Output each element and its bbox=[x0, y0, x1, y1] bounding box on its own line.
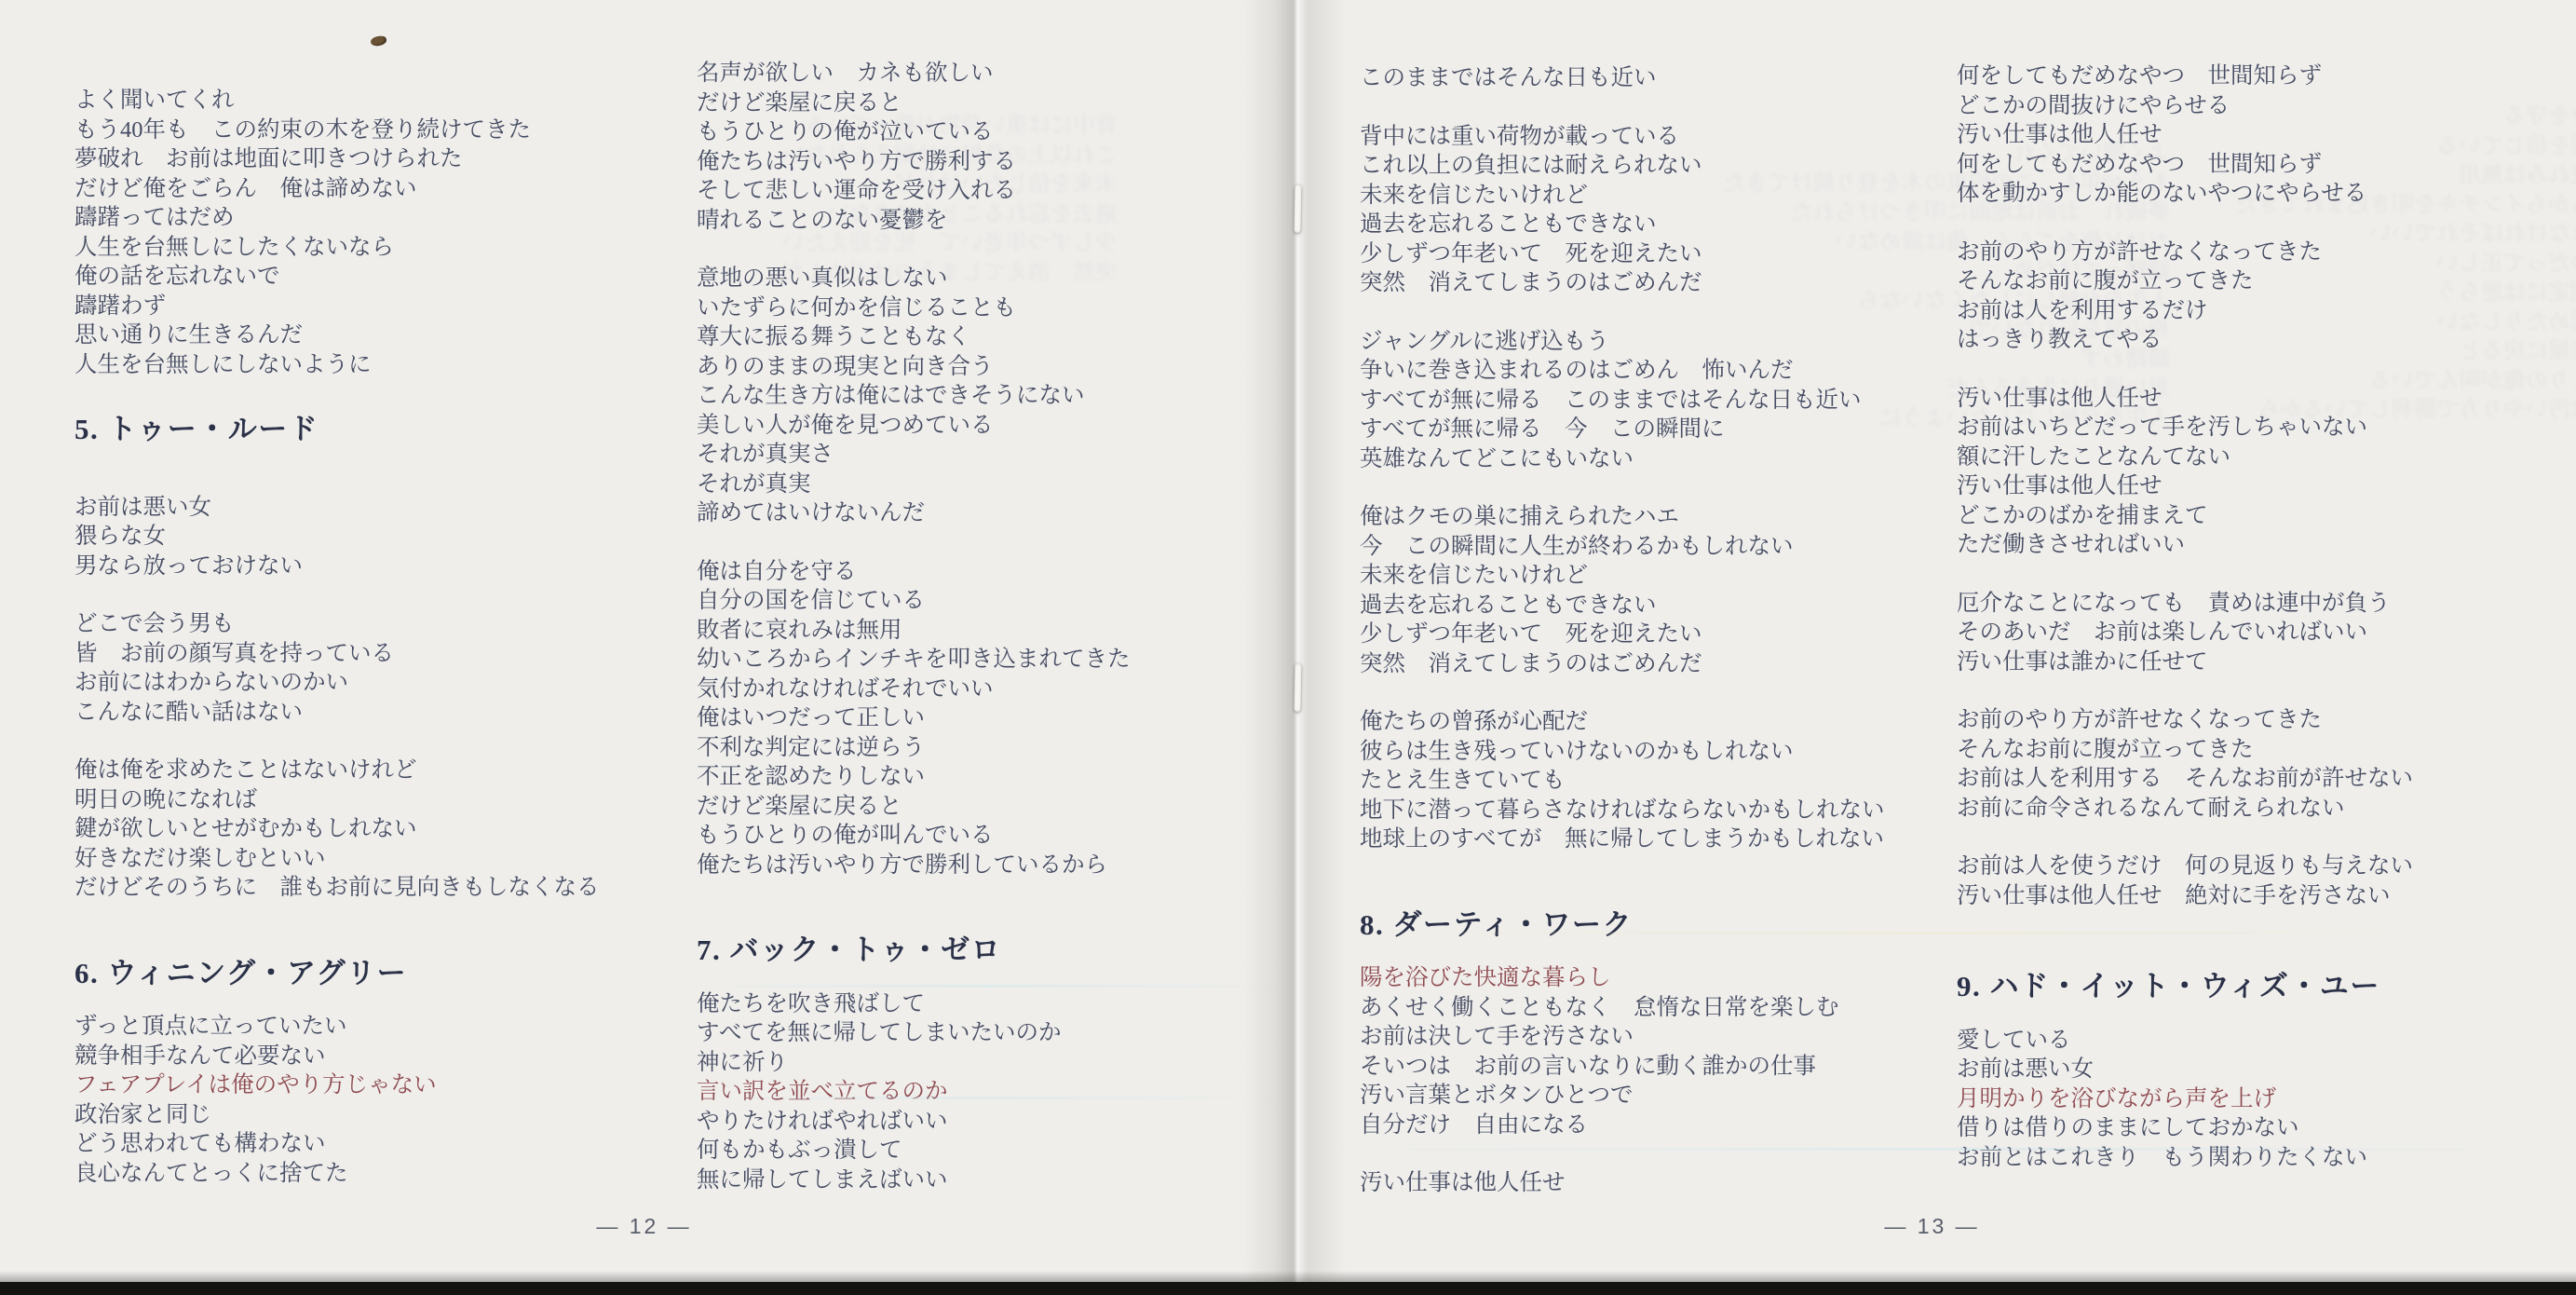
lyrics-line: もうひとりの俺が泣いている bbox=[697, 117, 1131, 147]
song-title-heading: 7. バック・トゥ・ゼロ bbox=[697, 935, 1131, 965]
lyrics-line: 男なら放っておけない bbox=[75, 552, 600, 581]
lyrics-line: どこかの間抜けにやらせる bbox=[1957, 91, 2413, 121]
lyrics-stanza: 意地の悪い真似はしないいたずらに何かを信じることも尊大に振る舞うこともなくありの… bbox=[697, 264, 1131, 528]
lyrics-line: 言い訳を並べ立てるのか bbox=[697, 1077, 1131, 1107]
lyrics-line: お前は決して手を汚さない bbox=[1360, 1022, 1885, 1052]
lyrics-line: 彼らは生き残っていけないのかもしれない bbox=[1360, 737, 1885, 767]
lyrics-line: 自分の国を信じている bbox=[697, 586, 1131, 616]
lyrics-line: お前に命令されるなんて耐えられない bbox=[1957, 794, 2413, 824]
lyrics-line: 未来を信じたいけれど bbox=[1360, 181, 1885, 211]
lyrics-line: 背中には重い荷物が載っている bbox=[1360, 122, 1885, 152]
lyrics-line: 英雄なんてどこにもいない bbox=[1360, 444, 1885, 474]
page-number-right: — 13 — bbox=[1288, 1214, 2576, 1239]
lyrics-stanza: どこで会う男も皆 お前の顔写真を持っているお前にはわからないのかいこんなに酷い話… bbox=[75, 609, 600, 727]
lyrics-line: 少しずつ年老いて 死を迎えたい bbox=[1360, 620, 1885, 649]
lyrics-line: いたずらに何かを信じることも bbox=[697, 293, 1131, 323]
lyrics-line: このままではそんな日も近い bbox=[1360, 63, 1885, 93]
lyrics-line: こんな生き方は俺にはできそうにない bbox=[697, 381, 1131, 411]
lyrics-stanza: 汚い仕事は他人任せお前はいちどだって手を汚しちゃいない額に汗したことなんてない汚… bbox=[1957, 384, 2413, 560]
song-title-heading: 5. トゥー・ルード bbox=[75, 415, 600, 444]
lyrics-line: 愛している bbox=[1957, 1026, 2413, 1056]
lyrics-line: お前は悪い女 bbox=[75, 493, 600, 523]
lyrics-line: ただ働きさせればいい bbox=[1957, 530, 2413, 560]
page-number-left: — 12 — bbox=[0, 1214, 1288, 1239]
lyrics-line: 陽を浴びた快適な暮らし bbox=[1360, 963, 1885, 993]
lyrics-column-left-outer: よく聞いてくれもう40年も この約束の木を登り続けてきた夢破れ お前は地面に叩き… bbox=[75, 86, 600, 1188]
lyrics-line: 人生を台無しにしないように bbox=[75, 350, 600, 380]
stitch-thread bbox=[1295, 184, 1302, 233]
lyrics-stanza: このままではそんな日も近い bbox=[1360, 63, 1885, 93]
lyrics-line: 汚い言葉とボタンひとつで bbox=[1360, 1081, 1885, 1111]
lyrics-line: 少しずつ年老いて 死を迎えたい bbox=[1360, 239, 1885, 269]
lyrics-line: 汚い仕事は他人任せ bbox=[1957, 471, 2413, 501]
lyrics-line: 俺はクモの巣に捕えられたハエ bbox=[1360, 502, 1885, 532]
lyrics-line: 何もかもぶっ潰して bbox=[697, 1136, 1131, 1165]
lyrics-line: 俺は自分を守る bbox=[697, 557, 1131, 587]
lyrics-line: たとえ生きていても bbox=[1360, 766, 1885, 796]
lyrics-line: 俺たちを吹き飛ばして bbox=[697, 989, 1131, 1019]
lyrics-line: やりたければやればいい bbox=[697, 1107, 1131, 1137]
lyrics-line: だけど楽屋に戻ると bbox=[697, 89, 1131, 118]
lyrics-line: 明日の晩になれば bbox=[75, 785, 600, 815]
booklet-scan: よく聞いてくれもう40年も この約束の木を登り続けてきた夢破れ お前は地面に叩き… bbox=[0, 0, 2576, 1295]
lyrics-line: 体を動かすしか能のないやつにやらせる bbox=[1957, 179, 2413, 209]
lyrics-stanza: 俺は自分を守る自分の国を信じている敗者に哀れみは無用幼いころからインチキを叩き込… bbox=[697, 557, 1131, 880]
lyrics-stanza: ジャングルに逃げ込もう争いに巻き込まれるのはごめん 怖いんだすべてが無に帰る こ… bbox=[1360, 327, 1885, 474]
lyrics-line: お前は人を利用する そんなお前が許せない bbox=[1957, 764, 2413, 794]
lyrics-stanza: お前は悪い女猥らな女男なら放っておけない bbox=[75, 493, 600, 581]
lyrics-line: 地下に潜って暮らさなければならないかもしれない bbox=[1360, 796, 1885, 825]
lyrics-line: これ以上の負担には耐えられない bbox=[1360, 151, 1885, 181]
lyrics-line: 地球上のすべてが 無に帰してしまうかもしれない bbox=[1360, 825, 1885, 854]
lyrics-line: 何をしてもだめなやつ 世間知らず bbox=[1957, 61, 2413, 91]
lyrics-line: お前は悪い女 bbox=[1957, 1055, 2413, 1084]
lyrics-line: 皆 お前の顔写真を持っている bbox=[75, 639, 600, 669]
lyrics-line: そのあいだ お前は楽しんでいればいい bbox=[1957, 618, 2413, 647]
lyrics-line: もうひとりの俺が叫んでいる bbox=[697, 821, 1131, 851]
stitch-thread bbox=[1295, 663, 1302, 712]
lyrics-stanza: 厄介なことになっても 責めは連中が負うそのあいだ お前は楽しんでいればいい汚い仕… bbox=[1957, 589, 2413, 677]
lyrics-line: あくせく働くこともなく 怠惰な日常を楽しむ bbox=[1360, 993, 1885, 1023]
lyrics-line: 月明かりを浴びながら声を上げ bbox=[1957, 1084, 2413, 1114]
lyrics-line: こんなに酷い話はない bbox=[75, 698, 600, 728]
lyrics-line: 俺はいつだって正しい bbox=[697, 703, 1131, 733]
lyrics-line: 良心なんてとっくに捨てた bbox=[75, 1159, 600, 1189]
lyrics-line: お前のやり方が許せなくなってきた bbox=[1957, 705, 2413, 735]
lyrics-line: すべてを無に帰してしまいたいのか bbox=[697, 1018, 1131, 1048]
lyrics-stanza: 背中には重い荷物が載っているこれ以上の負担には耐えられない未来を信じたいけれど過… bbox=[1360, 122, 1885, 298]
lyrics-line: 尊大に振る舞うこともなく bbox=[697, 322, 1131, 352]
lyrics-line: 敗者に哀れみは無用 bbox=[697, 616, 1131, 646]
lyrics-line: 何をしてもだめなやつ 世間知らず bbox=[1957, 150, 2413, 180]
lyrics-stanza: お前は人を使うだけ 何の見返りも与えない汚い仕事は他人任せ 絶対に手を汚さない bbox=[1957, 852, 2413, 910]
lyrics-line: そして悲しい運命を受け入れる bbox=[697, 176, 1131, 206]
lyrics-stanza: お前のやり方が許せなくなってきたそんなお前に腹が立ってきたお前は人を利用するだけ… bbox=[1957, 238, 2413, 355]
lyrics-line: 汚い仕事は誰かに任せて bbox=[1957, 647, 2413, 677]
lyrics-stanza: 俺はクモの巣に捕えられたハエ今 この瞬間に人生が終わるかもしれない未来を信じたい… bbox=[1360, 502, 1885, 678]
lyrics-stanza: お前のやり方が許せなくなってきたそんなお前に腹が立ってきたお前は人を利用する そ… bbox=[1957, 705, 2413, 823]
lyrics-line: もう40年も この約束の木を登り続けてきた bbox=[75, 116, 600, 145]
lyrics-line: だけど楽屋に戻ると bbox=[697, 792, 1131, 822]
lyrics-line: だけどそのうちに 誰もお前に見向きもしなくなる bbox=[75, 873, 600, 903]
lyrics-line: ありのままの現実と向き合う bbox=[697, 352, 1131, 382]
lyrics-line: 晴れることのない憂鬱を bbox=[697, 206, 1131, 236]
lyrics-line: ジャングルに逃げ込もう bbox=[1360, 327, 1885, 357]
lyrics-line: 競争相手なんて必要ない bbox=[75, 1042, 600, 1071]
lyrics-line: 躊躇わず bbox=[75, 292, 600, 321]
lyrics-line: 借りは借りのままにしておかない bbox=[1957, 1113, 2413, 1143]
lyrics-column-left-inner: 名声が欲しい カネも欲しいだけど楽屋に戻るともうひとりの俺が泣いている俺たちは汚… bbox=[697, 59, 1131, 1194]
lyrics-stanza: 何をしてもだめなやつ 世間知らずどこかの間抜けにやらせる汚い仕事は他人任せ何をし… bbox=[1957, 61, 2413, 209]
lyrics-line: 未来を信じたいけれど bbox=[1360, 561, 1885, 591]
lyrics-line: 俺の話を忘れないで bbox=[75, 262, 600, 292]
lyrics-line: どこで会う男も bbox=[75, 609, 600, 639]
lyrics-line: 躊躇ってはだめ bbox=[75, 203, 600, 233]
lyrics-line: 厄介なことになっても 責めは連中が負う bbox=[1957, 589, 2413, 619]
lyrics-line: はっきり教えてやる bbox=[1957, 325, 2413, 355]
lyrics-line: どう思われても構わない bbox=[75, 1129, 600, 1159]
lyrics-line: 気付かれなければそれでいい bbox=[697, 675, 1131, 704]
lyrics-line: よく聞いてくれ bbox=[75, 86, 600, 116]
lyrics-line: 好きなだけ楽しむといい bbox=[75, 844, 600, 874]
lyrics-line: 過去を忘れることもできない bbox=[1360, 210, 1885, 239]
lyrics-stanza: ずっと頂点に立っていたい競争相手なんて必要ないフェアプレイは俺のやり方じゃない政… bbox=[75, 1012, 600, 1188]
page-12: よく聞いてくれもう40年も この約束の木を登り続けてきた夢破れ お前は地面に叩き… bbox=[0, 0, 1288, 1282]
booklet-spread: よく聞いてくれもう40年も この約束の木を登り続けてきた夢破れ お前は地面に叩き… bbox=[0, 0, 2576, 1282]
lyrics-line: 俺たちは汚いやり方で勝利しているから bbox=[697, 851, 1131, 880]
lyrics-line: 俺たちは汚いやり方で勝利する bbox=[697, 147, 1131, 177]
lyrics-line: 汚い仕事は他人任せ bbox=[1957, 384, 2413, 414]
lyrics-line: 猥らな女 bbox=[75, 522, 600, 552]
song-title-heading: 8. ダーティ・ワーク bbox=[1360, 910, 1885, 940]
lyrics-stanza: 俺は俺を求めたことはないけれど明日の晩になれば鍵が欲しいとせがむかもしれない好き… bbox=[75, 756, 600, 903]
lyrics-stanza: よく聞いてくれもう40年も この約束の木を登り続けてきた夢破れ お前は地面に叩き… bbox=[75, 86, 600, 379]
lyrics-line: 美しい人が俺を見つめている bbox=[697, 411, 1131, 441]
lyrics-line: 夢破れ お前は地面に叩きつけられた bbox=[75, 144, 600, 174]
lyrics-line: 思い通りに生きるんだ bbox=[75, 320, 600, 350]
lyrics-stanza: 名声が欲しい カネも欲しいだけど楽屋に戻るともうひとりの俺が泣いている俺たちは汚… bbox=[697, 59, 1131, 235]
lyrics-line: それが真実さ bbox=[697, 440, 1131, 470]
lyrics-line: 鍵が欲しいとせがむかもしれない bbox=[75, 814, 600, 844]
lyrics-line: お前のやり方が許せなくなってきた bbox=[1957, 238, 2413, 267]
lyrics-line: すべてが無に帰る 今 この瞬間に bbox=[1360, 415, 1885, 444]
lyrics-line: すべてが無に帰る このままではそんな日も近い bbox=[1360, 386, 1885, 416]
lyrics-line: それが真実 bbox=[697, 470, 1131, 499]
lyrics-line: ずっと頂点に立っていたい bbox=[75, 1012, 600, 1042]
lyrics-line: そいつは お前の言いなりに動く誰かの仕事 bbox=[1360, 1052, 1885, 1082]
lyrics-line: お前はいちどだって手を汚しちゃいない bbox=[1957, 413, 2413, 443]
lyrics-line: 突然 消えてしまうのはごめんだ bbox=[1360, 268, 1885, 298]
scan-edge bbox=[0, 1282, 2576, 1295]
lyrics-line: フェアプレイは俺のやり方じゃない bbox=[75, 1070, 600, 1100]
lyrics-line: 意地の悪い真似はしない bbox=[697, 264, 1131, 293]
lyrics-line: お前は人を使うだけ 何の見返りも与えない bbox=[1957, 852, 2413, 881]
lyrics-line: お前にはわからないのかい bbox=[75, 668, 600, 698]
lyrics-line: 汚い仕事は他人任せ bbox=[1360, 1168, 1885, 1198]
lyrics-line: 額に汗したことなんてない bbox=[1957, 443, 2413, 472]
lyrics-stanza: 汚い仕事は他人任せ bbox=[1360, 1168, 1885, 1198]
lyrics-stanza: 陽を浴びた快適な暮らしあくせく働くこともなく 怠惰な日常を楽しむお前は決して手を… bbox=[1360, 963, 1885, 1139]
lyrics-line: どこかのばかを捕まえて bbox=[1957, 501, 2413, 531]
lyrics-line: 今 この瞬間に人生が終わるかもしれない bbox=[1360, 532, 1885, 562]
lyrics-line: 突然 消えてしまうのはごめんだ bbox=[1360, 649, 1885, 679]
lyrics-line: 自分だけ 自由になる bbox=[1360, 1111, 1885, 1140]
lyrics-stanza: 俺たちの曾孫が心配だ彼らは生き残っていけないのかもしれないたとえ生きていても地下… bbox=[1360, 707, 1885, 854]
lyrics-stanza: 俺たちを吹き飛ばしてすべてを無に帰してしまいたいのか神に祈り言い訳を並べ立てるの… bbox=[697, 989, 1131, 1195]
lyrics-column-right-inner: このままではそんな日も近い背中には重い荷物が載っているこれ以上の負担には耐えられ… bbox=[1360, 63, 1885, 1198]
lyrics-line: 俺は俺を求めたことはないけれど bbox=[75, 756, 600, 785]
lyrics-line: 不利な判定には逆らう bbox=[697, 733, 1131, 763]
lyrics-line: そんなお前に腹が立ってきた bbox=[1957, 735, 2413, 765]
lyrics-line: 不正を認めたりしない bbox=[697, 762, 1131, 792]
lyrics-line: 争いに巻き込まれるのはごめん 怖いんだ bbox=[1360, 356, 1885, 386]
song-title-heading: 9. ハド・イット・ウィズ・ユー bbox=[1957, 972, 2413, 1002]
lyrics-line: 神に祈り bbox=[697, 1048, 1131, 1078]
lyrics-line: お前とはこれきり もう関わりたくない bbox=[1957, 1143, 2413, 1173]
lyrics-line: 俺たちの曾孫が心配だ bbox=[1360, 707, 1885, 737]
page-13: このままではそんな日も近い背中には重い荷物が載っているこれ以上の負担には耐えられ… bbox=[1288, 0, 2576, 1282]
lyrics-line: 名声が欲しい カネも欲しい bbox=[697, 59, 1131, 89]
lyrics-line: お前は人を利用するだけ bbox=[1957, 296, 2413, 326]
lyrics-line: そんなお前に腹が立ってきた bbox=[1957, 266, 2413, 296]
lyrics-line: 汚い仕事は他人任せ bbox=[1957, 120, 2413, 150]
lyrics-line: 無に帰してしまえばいい bbox=[697, 1165, 1131, 1195]
lyrics-column-right-outer: 何をしてもだめなやつ 世間知らずどこかの間抜けにやらせる汚い仕事は他人任せ何をし… bbox=[1957, 61, 2413, 1172]
lyrics-line: 汚い仕事は他人任せ 絶対に手を汚さない bbox=[1957, 881, 2413, 911]
lyrics-line: 幼いころからインチキを叩き込まれてきた bbox=[697, 645, 1131, 675]
lyrics-line: 諦めてはいけないんだ bbox=[697, 498, 1131, 528]
lyrics-line: だけど俺をごらん 俺は諦めない bbox=[75, 174, 600, 204]
song-title-heading: 6. ウィニング・アグリー bbox=[75, 959, 600, 988]
lyrics-line: 人生を台無しにしたくないなら bbox=[75, 233, 600, 263]
lyrics-stanza: 愛しているお前は悪い女月明かりを浴びながら声を上げ借りは借りのままにしておかない… bbox=[1957, 1026, 2413, 1173]
lyrics-line: 過去を忘れることもできない bbox=[1360, 591, 1885, 620]
lyrics-line: 政治家と同じ bbox=[75, 1100, 600, 1130]
